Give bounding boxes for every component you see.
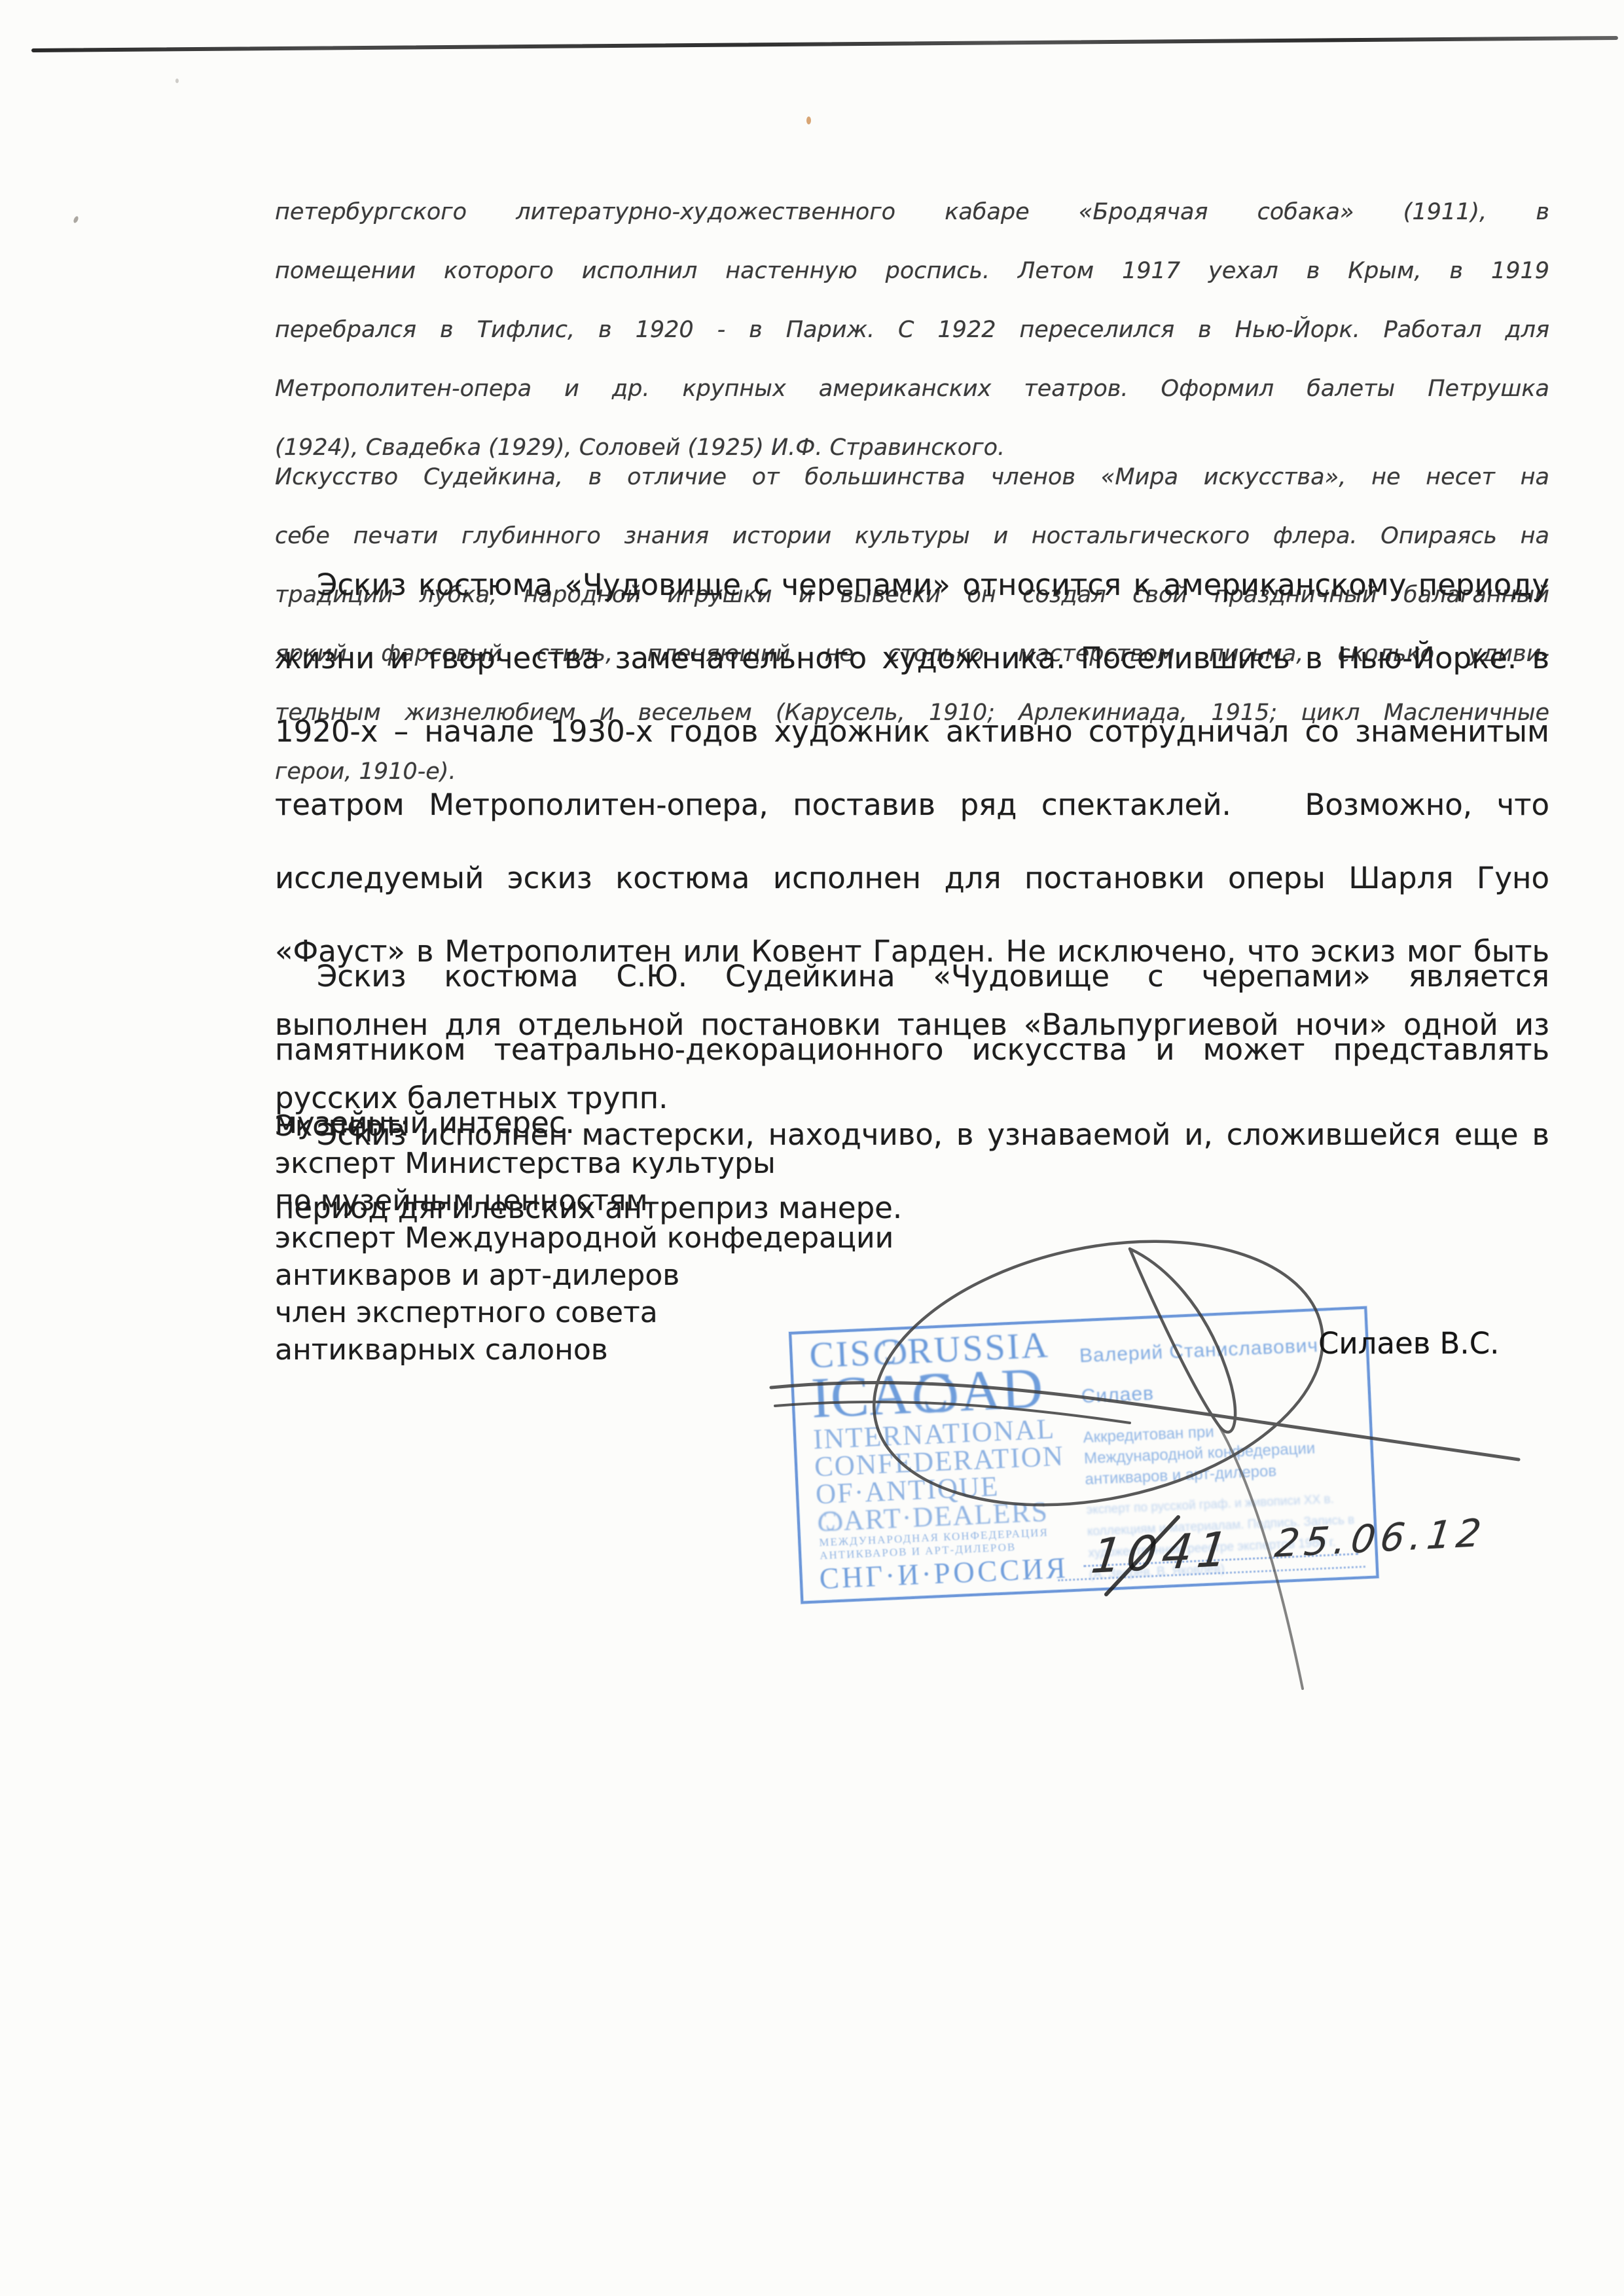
text-line: помещении которого исполнил настенную ро… bbox=[275, 257, 1549, 315]
text-line: Эксперт: bbox=[275, 1107, 1549, 1145]
expert-name: Силаев В.С. bbox=[1318, 1326, 1499, 1361]
scan-edge-line bbox=[31, 36, 1618, 52]
text-line: памятником театрально-декорационного иск… bbox=[275, 1031, 1549, 1105]
text-line: (1924), Свадебка (1929), Соловей (1925) … bbox=[275, 433, 1549, 463]
text-line: эксперт Международной конфедерации bbox=[275, 1219, 1549, 1257]
footer-label: Экспертное заключение bbox=[1090, 1583, 1244, 1604]
footer-ot: от bbox=[1274, 1581, 1288, 1597]
text-line: 1920-х – начале 1930-х годов художник ак… bbox=[275, 713, 1549, 787]
text-line: эксперт Министерства культуры bbox=[275, 1145, 1549, 1182]
handwritten-number: 1041 bbox=[1089, 1521, 1236, 1584]
text-line: театром Метрополитен-опера, поставив ряд… bbox=[275, 787, 1549, 860]
text-line: исследуемый эскиз костюма исполнен для п… bbox=[275, 860, 1549, 933]
scan-speck bbox=[73, 215, 79, 224]
scan-speck bbox=[806, 117, 811, 124]
text-line: жизни и творчества замечательного художн… bbox=[275, 640, 1549, 713]
text-line: Эскиз костюма «Чудовище с черепами» отно… bbox=[275, 567, 1549, 640]
scan-speck bbox=[175, 79, 179, 83]
interlocked-cc-ligature-icon: CC bbox=[909, 1365, 961, 1422]
ampersand-ornament-icon: CC bbox=[816, 1508, 844, 1537]
stamp-acronym-right: AD bbox=[958, 1357, 1044, 1424]
text-line: петербургского литературно-художественно… bbox=[275, 198, 1549, 257]
text-line: Эскиз костюма С.Ю. Судейкина «Чудовище с… bbox=[275, 958, 1549, 1031]
scanned-document-page: петербургского литературно-художественно… bbox=[0, 0, 1624, 2296]
text-line: по музейным ценностям bbox=[275, 1182, 1549, 1219]
text-line: Искусство Судейкина, в отличие от больши… bbox=[275, 463, 1549, 522]
text-line: антикваров и арт-дилеров bbox=[275, 1257, 1549, 1294]
text-line: перебрался в Тифлис, в 1920 - в Париж. С… bbox=[275, 315, 1549, 374]
text-line: Метрополитен-опера и др. крупных америка… bbox=[275, 374, 1549, 433]
stamp-accreditation: Аккредитован при Международной конфедера… bbox=[1083, 1415, 1367, 1490]
